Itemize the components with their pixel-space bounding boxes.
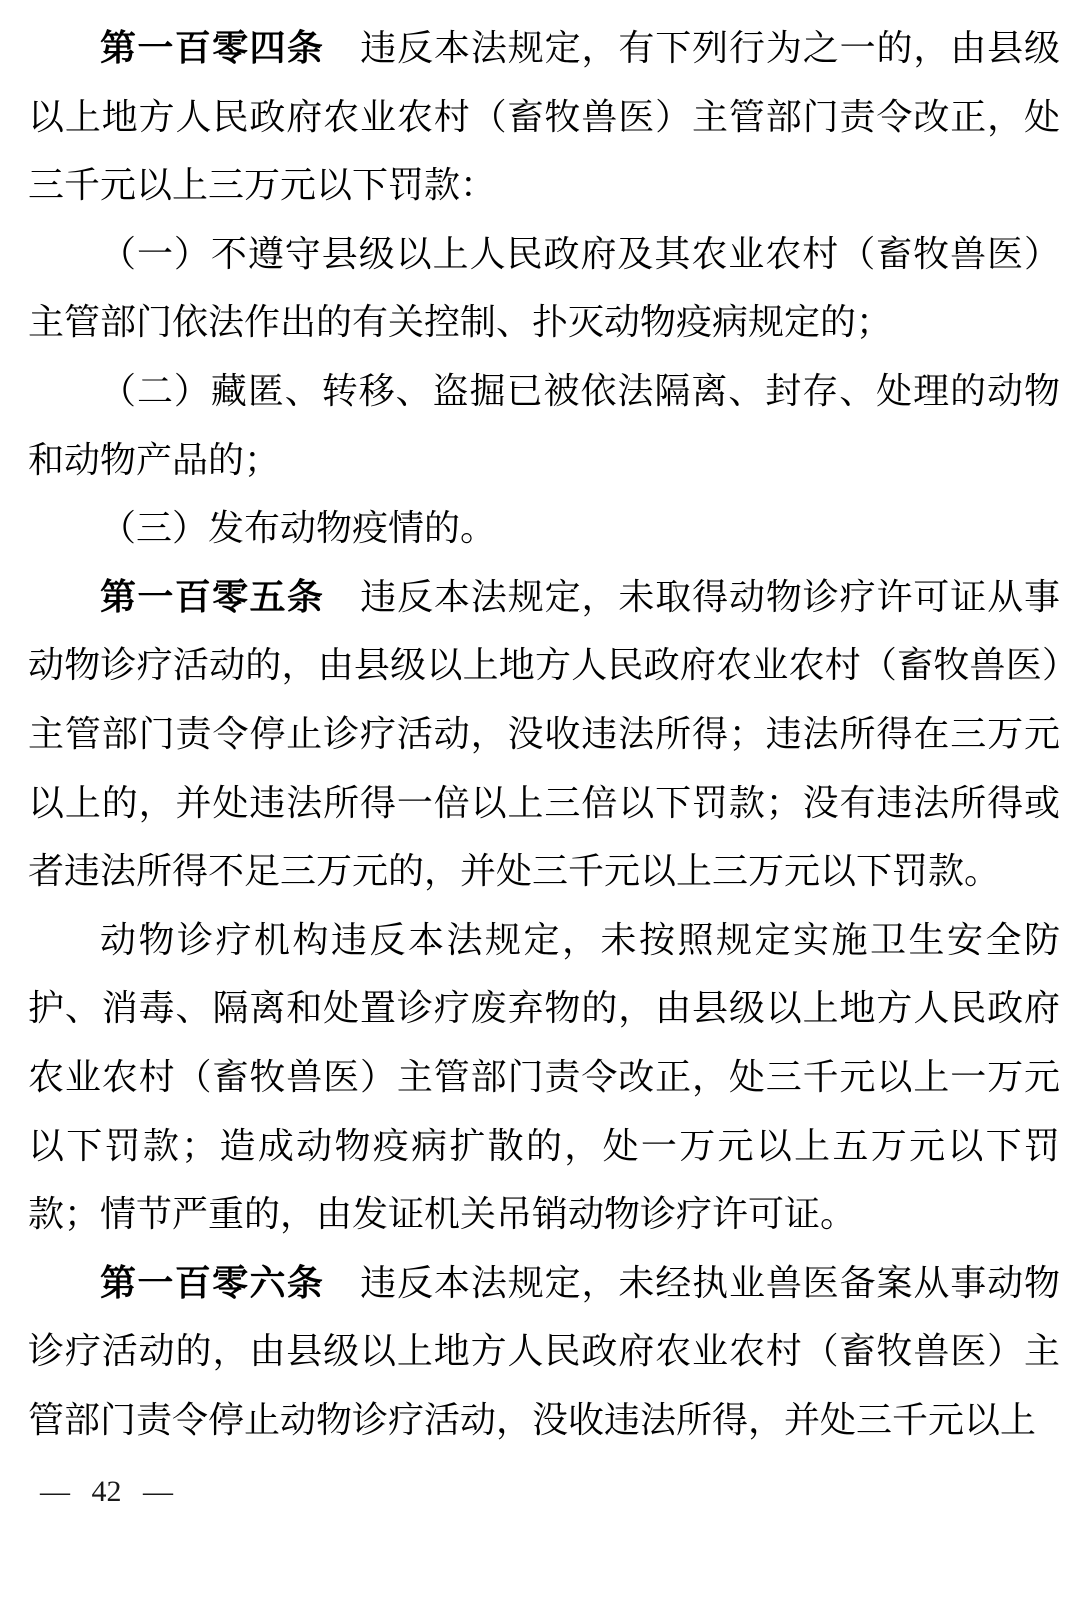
paragraph-text: （二）藏匿、转移、盗掘已被依法隔离、封存、处理的动物和动物产品的； [28,371,1060,480]
page-footer: — 42 — [28,1476,1060,1508]
article-104-item-3: （三）发布动物疫情的。 [28,494,1060,563]
article-number: 第一百零五条 [100,576,324,617]
article-104-paragraph: 第一百零四条违反本法规定，有下列行为之一的，由县级以上地方人民政府农业农村（畜牧… [28,14,1060,220]
law-text-body: 第一百零四条违反本法规定，有下列行为之一的，由县级以上地方人民政府农业农村（畜牧… [28,14,1060,1454]
article-106-paragraph: 第一百零六条违反本法规定，未经执业兽医备案从事动物诊疗活动的，由县级以上地方人民… [28,1249,1060,1455]
paragraph-text: （三）发布动物疫情的。 [100,508,496,548]
article-number: 第一百零四条 [100,27,324,68]
paragraph-text: （一）不遵守县级以上人民政府及其农业农村（畜牧兽医）主管部门依法作出的有关控制、… [28,234,1060,343]
article-number: 第一百零六条 [100,1262,324,1303]
paragraph-text: 动物诊疗机构违反本法规定，未按照规定实施卫生安全防护、消毒、隔离和处置诊疗废弃物… [28,920,1060,1234]
article-104-item-1: （一）不遵守县级以上人民政府及其农业农村（畜牧兽医）主管部门依法作出的有关控制、… [28,220,1060,357]
article-104-item-2: （二）藏匿、转移、盗掘已被依法隔离、封存、处理的动物和动物产品的； [28,357,1060,494]
article-105-paragraph-2: 动物诊疗机构违反本法规定，未按照规定实施卫生安全防护、消毒、隔离和处置诊疗废弃物… [28,906,1060,1249]
article-105-paragraph: 第一百零五条违反本法规定，未取得动物诊疗许可证从事动物诊疗活动的，由县级以上地方… [28,563,1060,906]
document-page: 第一百零四条违反本法规定，有下列行为之一的，由县级以上地方人民政府农业农村（畜牧… [0,0,1080,1597]
page-number: — 42 — [40,1475,173,1508]
paragraph-text: 违反本法规定，未取得动物诊疗许可证从事动物诊疗活动的，由县级以上地方人民政府农业… [28,577,1060,891]
